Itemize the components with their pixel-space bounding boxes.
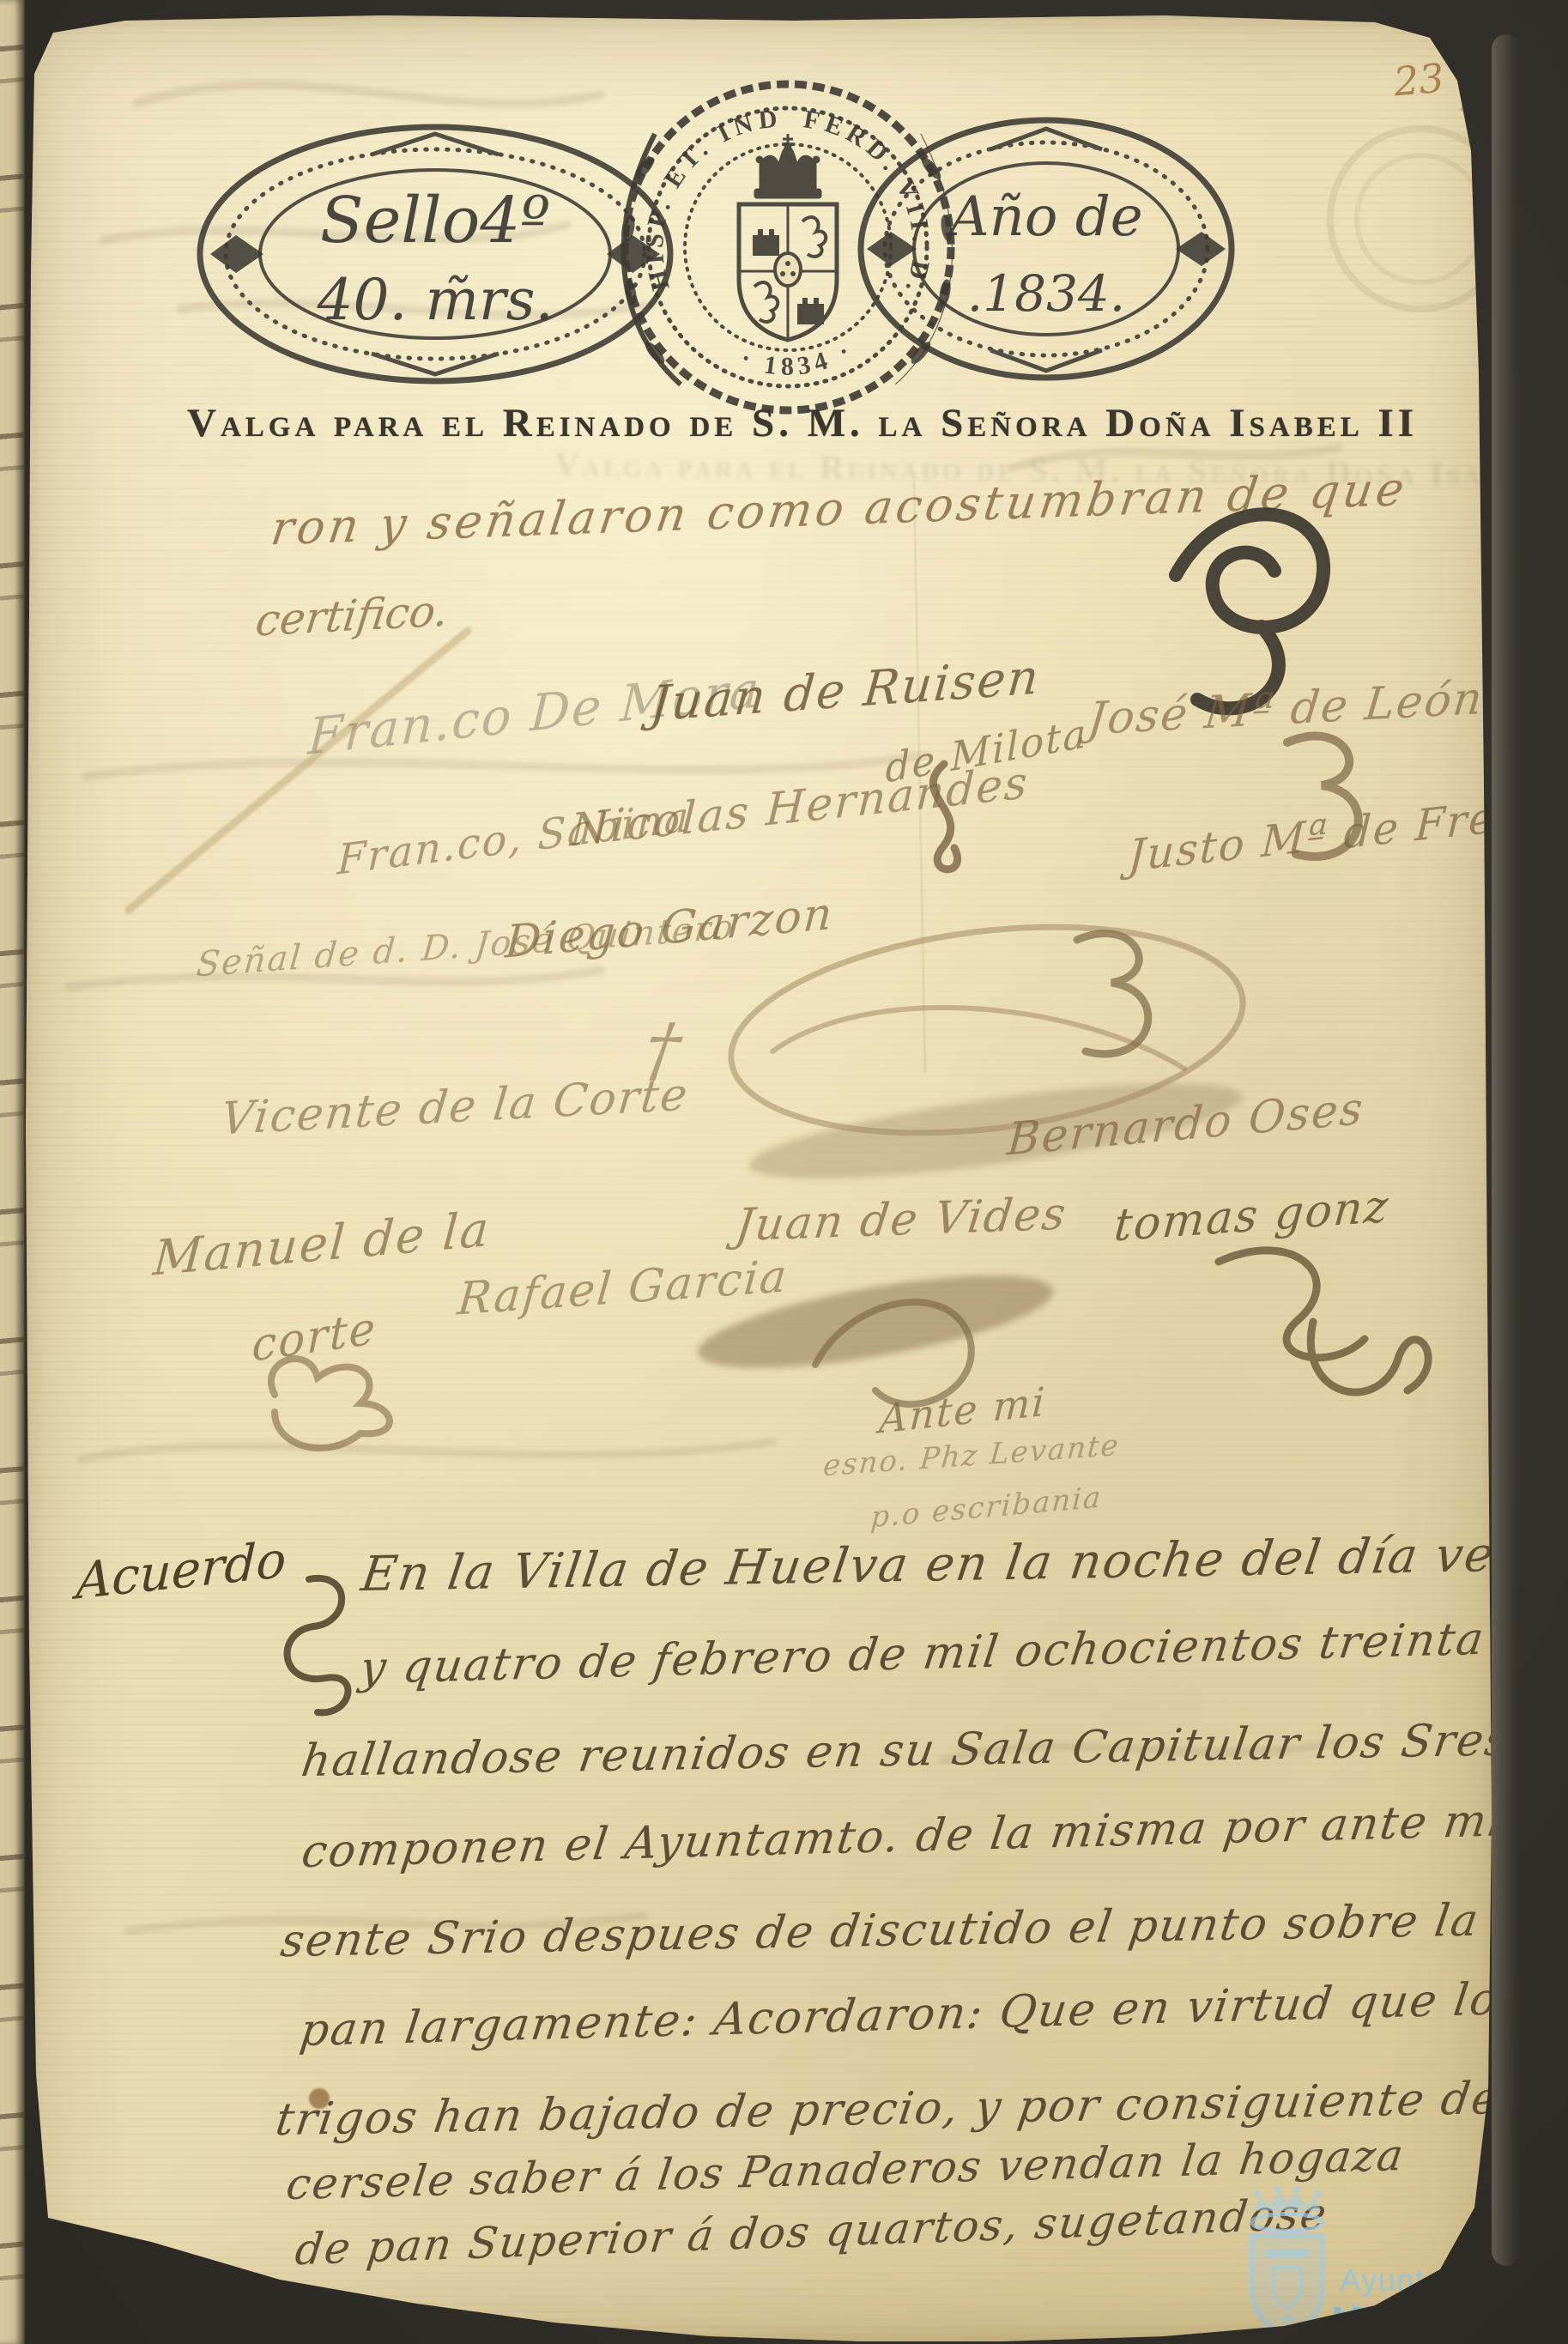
signature: corte bbox=[251, 1303, 378, 1372]
signature: Nicolas Hernandes bbox=[569, 757, 1030, 857]
signature: José Mª de León bbox=[1086, 673, 1486, 746]
signature: Vicente de la Corte bbox=[219, 1069, 692, 1145]
stamp-left-line2: 40. m̃rs. bbox=[317, 267, 554, 333]
body-line: pan largamente: Acordaron: Que en virtud… bbox=[297, 1973, 1527, 2057]
signature: Ante mi bbox=[878, 1378, 1047, 1443]
body-line: sente Srio despues de discutido el punto… bbox=[278, 1891, 1568, 1967]
signature: Justo Mª de Fres bbox=[1127, 790, 1521, 881]
document-heading: Valga para el Reinado de S. M. la Señora… bbox=[187, 400, 1418, 446]
watermark-crest-icon bbox=[1237, 2187, 1338, 2343]
signature: esno. Phz Levante bbox=[821, 1428, 1121, 1484]
stamp-right-line2: .1834. bbox=[967, 264, 1125, 323]
watermark-text-line2: HUELVA bbox=[1331, 2297, 1530, 2344]
page-number: 23 bbox=[1392, 55, 1446, 106]
crown-icon bbox=[754, 134, 821, 198]
signature: Rafael Garcia bbox=[456, 1251, 790, 1325]
body-line: En la Villa de Huelva en la noche del dí… bbox=[358, 1525, 1568, 1602]
signature: p.o escribania bbox=[869, 1480, 1103, 1535]
stamp-royal-crest-medallion: FERD. VII. D. G. HISP. ET. IND. R. · 183… bbox=[610, 74, 966, 421]
signature: Manuel de la bbox=[151, 1202, 492, 1287]
document-page: 23 Sello4º 40. m̃rs. bbox=[22, 14, 1500, 2344]
signature: Juan de Vides bbox=[733, 1189, 1070, 1252]
body-line: hallandose reunidos en su Sala Capitular… bbox=[299, 1712, 1568, 1787]
body-line: componen el Ayuntamto. de la misma por a… bbox=[299, 1790, 1568, 1878]
signature: tomas gonz bbox=[1112, 1181, 1392, 1252]
margin-label-acuerdo: Acuerdo bbox=[76, 1529, 288, 1610]
handwritten-preamble-line2: certifico. bbox=[253, 585, 451, 645]
stamp-left-oval: Sello4º 40. m̃rs. bbox=[193, 120, 678, 388]
page-fore-edge bbox=[1492, 34, 1521, 2266]
body-line: y quatro de febrero de mil ochocientos t… bbox=[357, 1608, 1568, 1694]
signature: Señal de d. D. José Quintero bbox=[195, 907, 736, 984]
signature: Bernardo Oses bbox=[1006, 1083, 1366, 1166]
scanned-document-background: { "page_number": "23", "stamp": { "left_… bbox=[0, 0, 1568, 2344]
stamp-right-line1: Año de bbox=[945, 185, 1142, 249]
adjacent-page-edge bbox=[0, 0, 26, 2344]
signature: Juan de Ruisen bbox=[648, 649, 1042, 732]
coat-of-arms-shield-icon bbox=[739, 204, 837, 340]
stamp-left-line1: Sello4º bbox=[320, 184, 550, 257]
